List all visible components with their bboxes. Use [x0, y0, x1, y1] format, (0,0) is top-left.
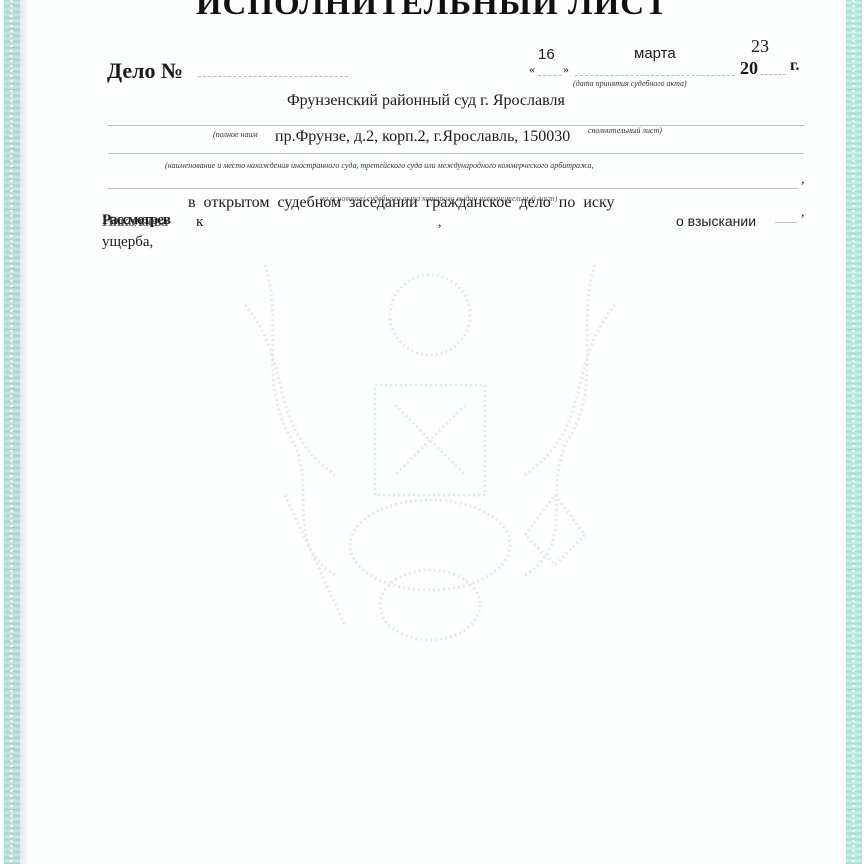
left-decorative-border [4, 0, 20, 864]
date-caption: (дата принятия судебного акта) [573, 79, 687, 88]
comma: , [801, 172, 805, 188]
coat-of-arms-watermark-icon [225, 245, 635, 655]
date-century: 20 [740, 58, 758, 79]
court-caption-right: сполнительный лист) [588, 126, 662, 135]
date-year: 23 [751, 36, 769, 57]
foreign-court-line [108, 188, 798, 189]
date-open-quote: « [529, 62, 535, 77]
comma-3: , [801, 205, 805, 221]
document-title: ИСПОЛНИТЕЛЬНЫЙ ЛИСТ [0, 0, 864, 23]
document-page: ИСПОЛНИТЕЛЬНЫЙ ЛИСТ Дело № « 16 » марта … [0, 0, 864, 864]
date-day: 16 [538, 46, 555, 63]
day-field-line [538, 75, 562, 76]
date-close-quote: » [563, 62, 569, 77]
overlapped-text-name: Николаева [102, 214, 167, 231]
right-decorative-border [846, 0, 862, 864]
court-name-line [108, 125, 804, 126]
year-field-line [760, 74, 786, 75]
case-number-field [198, 76, 348, 77]
body-k: к [196, 214, 203, 231]
claim-line [775, 222, 797, 223]
claim-text: о взыскании [676, 213, 756, 229]
date-month: марта [634, 45, 676, 62]
foreign-court-caption: (наименование и место нахождения иностра… [165, 161, 593, 170]
month-field-line [575, 75, 735, 76]
case-number-label: Дело № [107, 58, 183, 84]
address-line [108, 153, 804, 154]
page-shadow [20, 0, 30, 864]
date-year-suffix: г. [790, 57, 799, 75]
body-line1: в открытом судебном заседании гражданско… [188, 194, 615, 212]
comma-2: , [438, 215, 442, 231]
court-caption-left: (полное наим [213, 130, 258, 139]
body-line3: ущерба, [102, 234, 153, 251]
court-name: Фрунзенский районный суд г. Ярославля [287, 92, 565, 110]
court-address: пр.Фрунзе, д.2, корп.2, г.Ярославль, 150… [275, 128, 570, 146]
